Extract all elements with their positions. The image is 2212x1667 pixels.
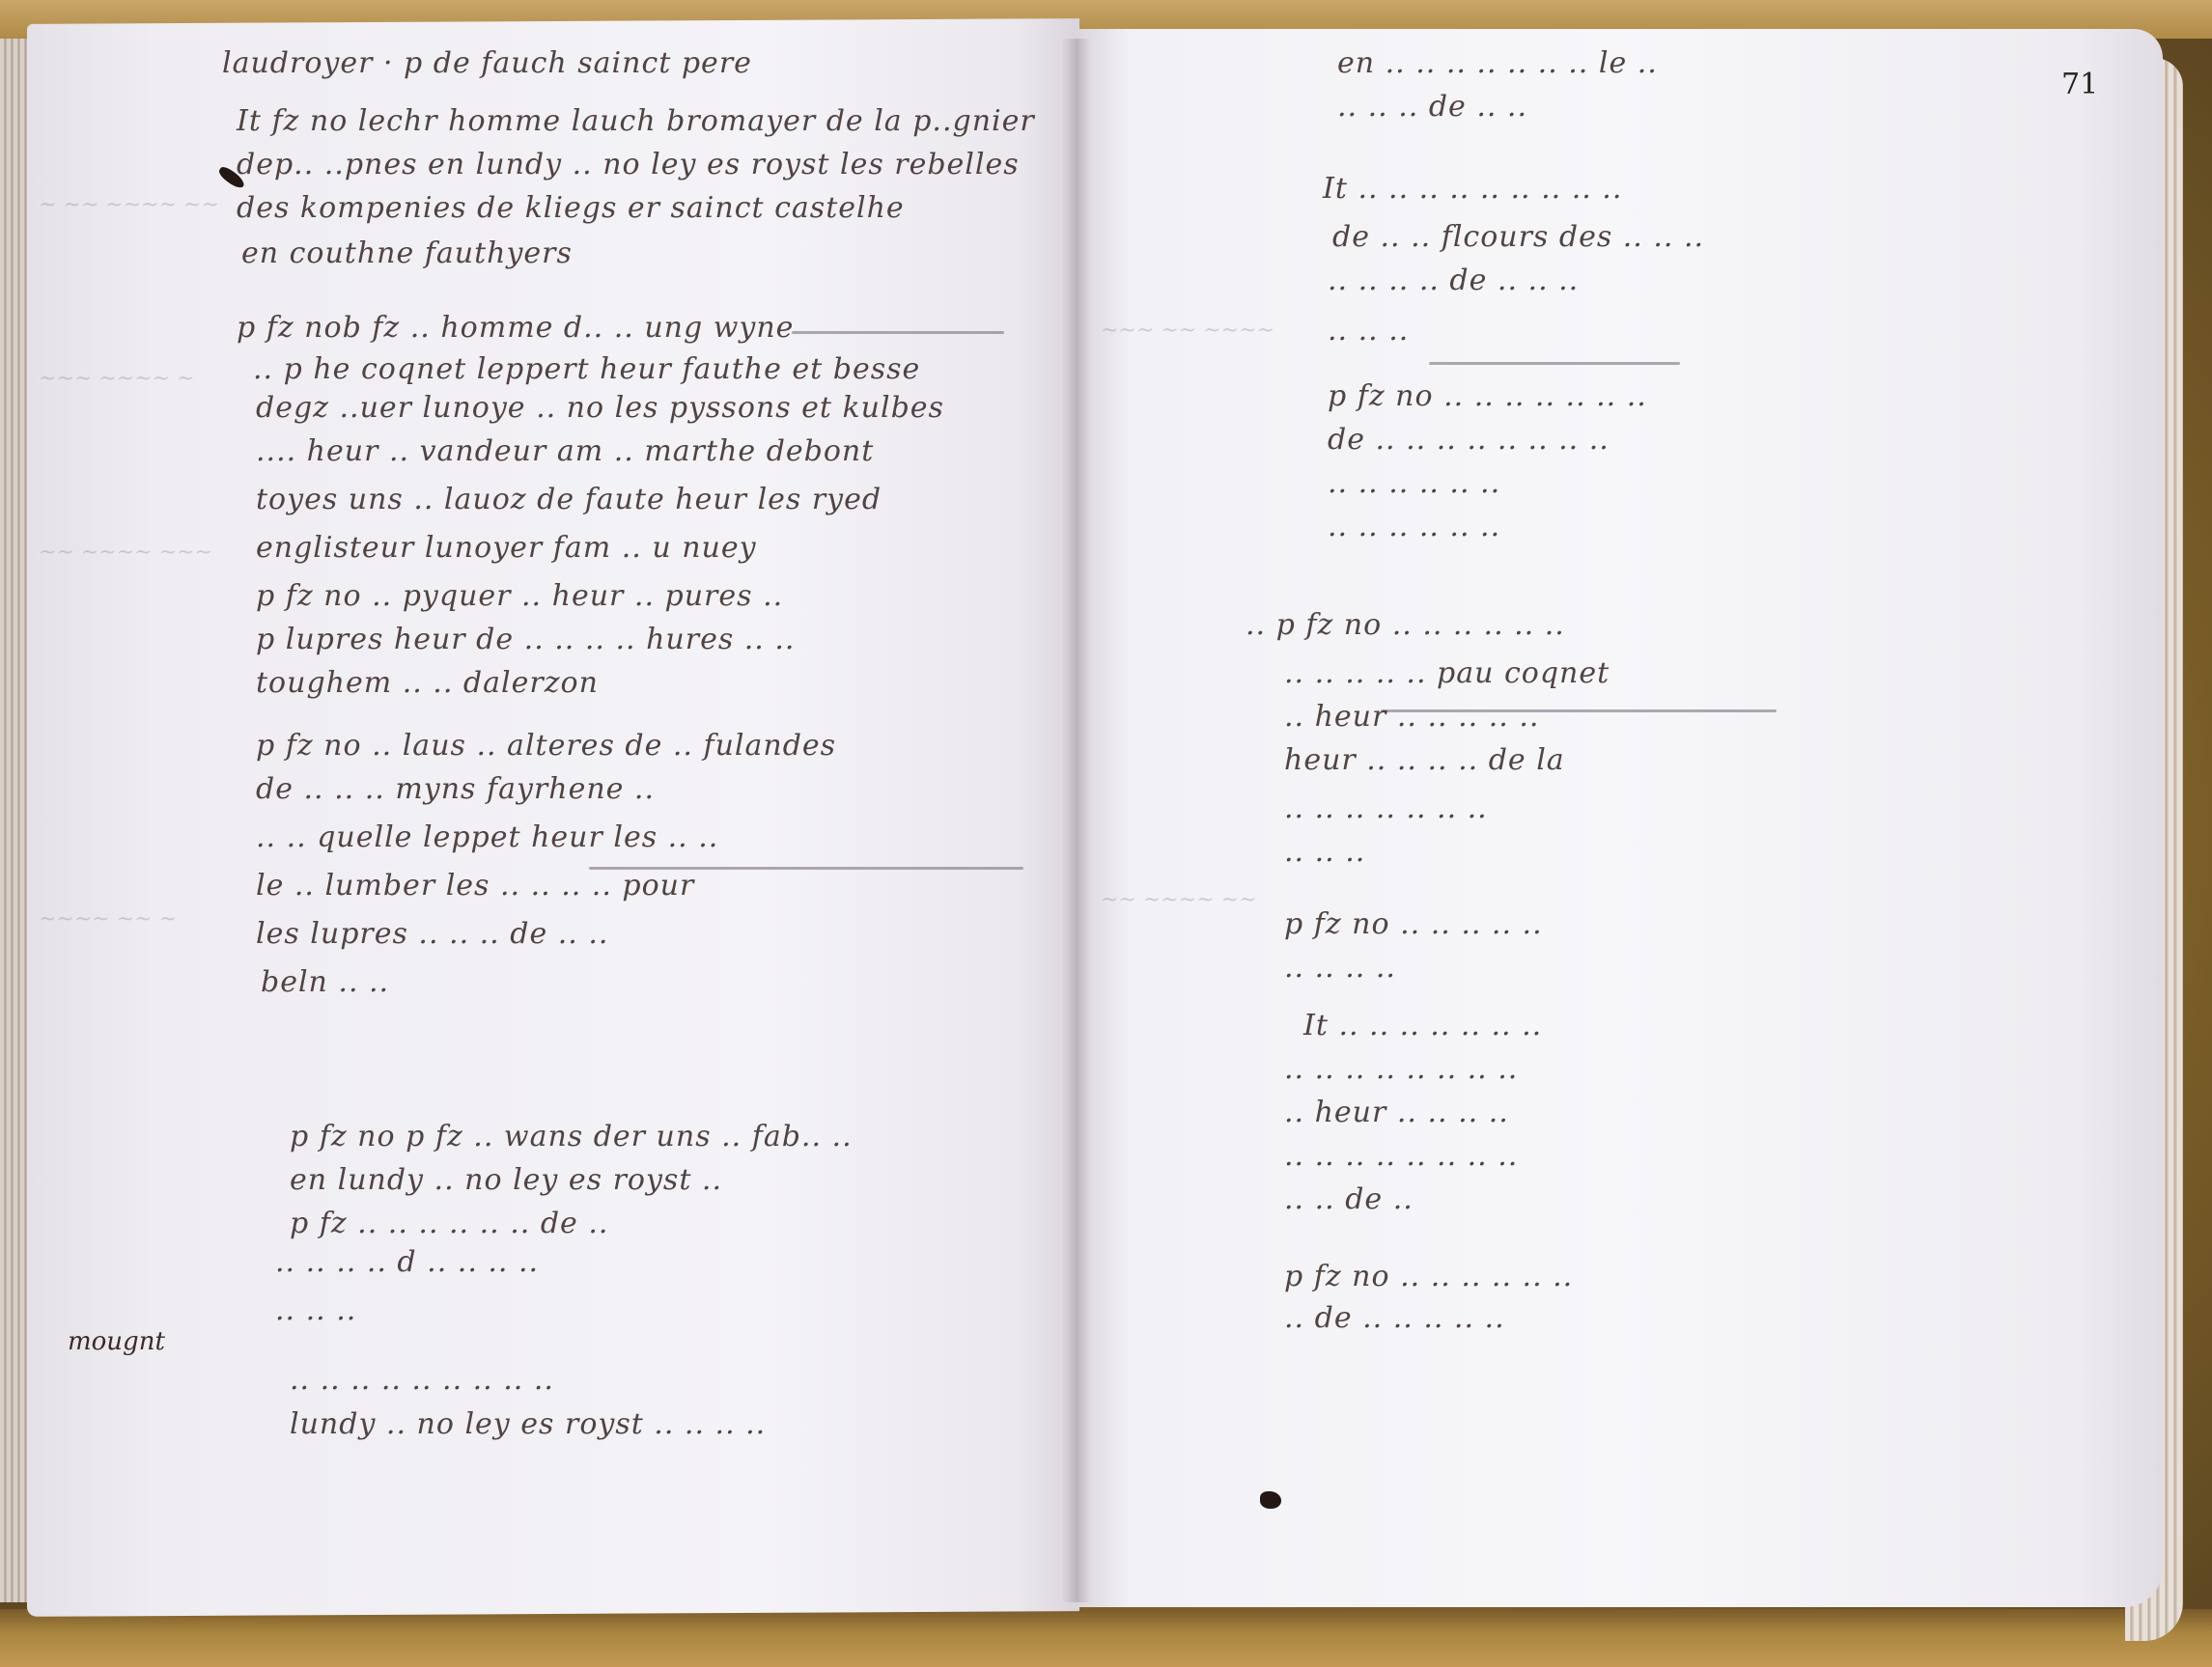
underline-stroke bbox=[1429, 362, 1680, 365]
handwritten-line: lundy .. no ley es royst .. .. .. .. bbox=[290, 1407, 766, 1441]
handwritten-line: .. .. .. .. bbox=[1284, 951, 1396, 985]
handwritten-line: .. .. .. .. d .. .. .. .. bbox=[275, 1245, 539, 1279]
handwritten-line: p lupres heur de .. .. .. .. hures .. .. bbox=[256, 623, 795, 656]
handwritten-line: .. .. .. .. .. pau coqnet bbox=[1284, 656, 1610, 690]
handwritten-line: .. .. .. .. .. .. bbox=[1328, 466, 1500, 500]
binding-bottom-edge bbox=[0, 1609, 2212, 1667]
handwritten-line: .. .. .. .. .. .. .. .. .. bbox=[290, 1363, 554, 1397]
handwritten-line: de .. .. .. myns fayrhene .. bbox=[256, 772, 655, 806]
handwritten-line: toughem .. .. dalerzon bbox=[256, 666, 599, 700]
handwritten-line: .. .. .. .. .. .. .. .. bbox=[1284, 1139, 1518, 1173]
ink-blot-icon bbox=[1260, 1491, 1281, 1509]
handwritten-line: heur .. .. .. .. de la bbox=[1284, 743, 1565, 777]
handwritten-line: p fz nob fz .. homme d.. .. ung wyne bbox=[237, 311, 794, 345]
handwritten-line: p fz .. .. .. .. .. .. de .. bbox=[290, 1207, 608, 1240]
handwritten-line: .. .. de .. bbox=[1284, 1182, 1414, 1216]
handwritten-line: .. p fz no .. .. .. .. .. .. bbox=[1246, 608, 1565, 642]
handwritten-line: .... heur .. vandeur am .. marthe debont bbox=[256, 434, 874, 468]
handwritten-line: p fz no .. .. .. .. .. bbox=[1284, 907, 1543, 941]
handwritten-line: .. heur .. .. .. .. bbox=[1284, 1096, 1509, 1129]
handwritten-line: p fz no .. laus .. alteres de .. fulande… bbox=[256, 729, 836, 763]
bleed-through-text: ~~ ~~~~ ~~~ bbox=[39, 541, 212, 565]
handwritten-line: dep.. ..pnes en lundy .. no ley es royst… bbox=[237, 148, 1020, 181]
handwritten-line: degz ..uer lunoye .. no les pyssons et k… bbox=[256, 391, 944, 425]
bleed-through-text: ~~~ ~~~~ ~ bbox=[39, 367, 194, 391]
handwritten-line: .. .. .. bbox=[1328, 314, 1409, 347]
bleed-through-text: ~~ ~~~~ ~~ bbox=[1101, 888, 1256, 912]
handwritten-line: It .. .. .. .. .. .. .. bbox=[1303, 1009, 1542, 1042]
handwritten-line: .. de .. .. .. .. .. bbox=[1284, 1301, 1505, 1335]
handwritten-line: le .. lumber les .. .. .. .. pour bbox=[256, 869, 694, 903]
handwritten-line: .. .. .. .. .. .. bbox=[1328, 510, 1500, 543]
handwritten-line: englisteur lunoyer fam .. u nuey bbox=[256, 531, 757, 565]
handwritten-line: .. .. .. .. .. .. .. .. bbox=[1284, 1052, 1518, 1086]
handwritten-line: .. .. .. .. .. .. .. bbox=[1284, 792, 1488, 825]
handwritten-line: It fz no lechr homme lauch bromayer de l… bbox=[237, 104, 1035, 138]
handwritten-line: les lupres .. .. .. de .. .. bbox=[256, 917, 608, 951]
margin-note: mougnt bbox=[68, 1327, 165, 1356]
handwritten-line: .. .. .. de .. .. bbox=[1337, 90, 1527, 124]
bleed-through-text: ~ ~~ ~~~~ ~~ bbox=[39, 193, 219, 217]
bleed-through-text: ~~~~ ~~ ~ bbox=[39, 907, 177, 931]
handwritten-line: It .. .. .. .. .. .. .. .. .. bbox=[1323, 172, 1622, 206]
handwritten-line: laudroyer · p de fauch sainct pere bbox=[222, 46, 752, 80]
handwritten-line: .. p he coqnet leppert heur fauthe et be… bbox=[253, 352, 920, 386]
book-gutter bbox=[1062, 39, 1091, 1602]
right-page bbox=[1077, 29, 2163, 1607]
underline-stroke bbox=[792, 331, 1004, 334]
handwritten-line: p fz no .. .. .. .. .. .. bbox=[1284, 1260, 1573, 1293]
handwritten-line: .. heur .. .. .. .. .. bbox=[1284, 700, 1539, 734]
handwritten-line: beln .. .. bbox=[261, 965, 389, 999]
handwritten-line: p fz no .. pyquer .. heur .. pures .. bbox=[256, 579, 783, 613]
bleed-through-text: ~~~ ~~ ~~~~ bbox=[1101, 319, 1274, 343]
handwritten-line: toyes uns .. lauoz de faute heur les rye… bbox=[256, 483, 882, 516]
page-stack-left bbox=[0, 39, 29, 1602]
handwritten-line: en couthne fauthyers bbox=[241, 236, 573, 270]
handwritten-line: p fz no p fz .. wans der uns .. fab.. .. bbox=[290, 1120, 853, 1153]
handwritten-line: .. .. .. .. de .. .. .. bbox=[1328, 264, 1579, 297]
handwritten-line: de .. .. flcours des .. .. .. bbox=[1332, 220, 1704, 254]
handwritten-line: .. .. quelle leppet heur les .. .. bbox=[256, 820, 718, 854]
handwritten-line: p fz no .. .. .. .. .. .. .. bbox=[1328, 379, 1647, 413]
handwritten-line: de .. .. .. .. .. .. .. .. bbox=[1328, 423, 1610, 457]
handwritten-line: .. .. .. bbox=[275, 1293, 356, 1327]
folio-number: 71 bbox=[2061, 68, 2098, 101]
handwritten-line: en lundy .. no ley es royst .. bbox=[290, 1163, 722, 1197]
handwritten-line: des kompenies de kliegs er sainct castel… bbox=[237, 191, 905, 225]
handwritten-line: en .. .. .. .. .. .. .. le .. bbox=[1337, 46, 1658, 80]
handwritten-line: .. .. .. bbox=[1284, 835, 1365, 869]
